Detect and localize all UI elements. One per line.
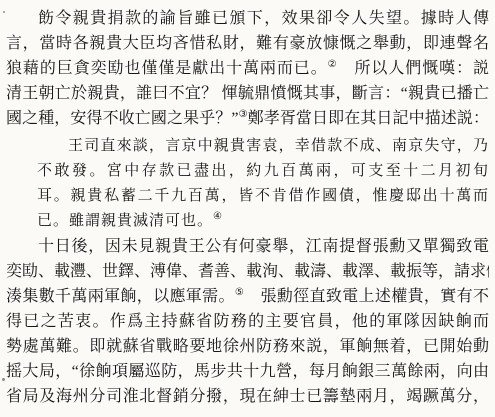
footnote-ref-3: ③ bbox=[238, 109, 247, 120]
footnote-ref-5: ⑤ bbox=[235, 287, 244, 298]
text-line: 飭令親貴捐款的諭旨雖已頒下，效果卻令人失望。據時人傳 bbox=[6, 6, 489, 31]
line-text: 國之種，安得不收亡國之果乎？” bbox=[6, 110, 238, 127]
line-text: 王司直來談，言京中親貴害袁，幸借款不成、南京失守，乃 bbox=[68, 138, 489, 154]
text-line: 摇大局，“徐餉項屬巡防，馬步共十九營，每月餉銀三萬餘兩，向由 bbox=[6, 359, 489, 384]
block-quote: 王司直來談，言京中親貴害袁，幸借款不成、南京失守，乃 不敢發。宮中存款已盡出，約… bbox=[37, 134, 489, 234]
scanned-page: 飭令親貴捐款的諭旨雖已頒下，效果卻令人失望。據時人傳 言，當時各親貴大臣均吝惜私… bbox=[0, 0, 495, 417]
line-text: 耳。親貴私蓄二千九百萬，皆不肯借作國債，惟慶邸出十萬而 bbox=[37, 188, 489, 204]
paragraph-2: 十日後，因未見親貴王公有何豪舉，江南提督張勳又單獨致電 奕劻、載灃、世鐸、溥偉、… bbox=[6, 234, 489, 409]
line-text: 不敢發。宮中存款已盡出，約九百萬兩，可支至十二月初旬 bbox=[37, 163, 489, 179]
line-text: 言，當時各親貴大臣均吝惜私財，難有豪放慷慨之舉動，即連聲名 bbox=[6, 35, 489, 52]
text-line: 耳。親貴私蓄二千九百萬，皆不肯借作國債，惟慶邸出十萬而 bbox=[37, 184, 489, 209]
scan-artifact-dot bbox=[3, 11, 5, 13]
line-text: 勢處萬難。即就蘇省戰略要地徐州防務來説，軍餉無着，已開始動 bbox=[6, 338, 489, 355]
line-text: 湊集數千萬兩軍餉，以應軍需。 bbox=[6, 288, 235, 305]
footnote-ref-2: ② bbox=[328, 59, 338, 70]
text-line: 國之種，安得不收亡國之果乎？”③鄭孝胥當日即在其日記中描述説： bbox=[6, 106, 489, 131]
text-line: 十日後，因未見親貴王公有何豪舉，江南提督張勳又單獨致電 bbox=[6, 234, 489, 259]
line-text: 已。雖謂親貴滅清可也。 bbox=[37, 213, 213, 229]
text-line: 言，當時各親貴大臣均吝惜私財，難有豪放慷慨之舉動，即連聲名 bbox=[6, 31, 489, 56]
text-line: 王司直來談，言京中親貴害袁，幸借款不成、南京失守，乃 bbox=[37, 134, 489, 159]
text-line: 已。雖謂親貴滅清可也。④ bbox=[37, 209, 489, 234]
text-line: 清王朝亡於親貴，誰曰不宜？ 惲毓鼎憤慨其事，斷言：“親貴已播亡 bbox=[6, 81, 489, 106]
line-text: 十日後，因未見親貴王公有何豪舉，江南提督張勳又單獨致電 bbox=[38, 238, 489, 255]
line-text: 摇大局，“徐餉項屬巡防，馬步共十九營，每月餉銀三萬餘兩，向由 bbox=[6, 363, 489, 380]
text-line: 省局及海州分司淮北督銷分撥，現在紳士已籌墊兩月，竭蹶萬分， bbox=[6, 384, 489, 409]
line-text: 狼藉的巨貪奕劻也僅僅是獻出十萬兩而已。 bbox=[6, 60, 328, 77]
line-text: 所以人們慨嘆：説 bbox=[338, 60, 489, 77]
text-line: 湊集數千萬兩軍餉，以應軍需。⑤ 張勳徑直致電上述權貴，實有不 bbox=[6, 284, 489, 309]
line-text: 張勳徑直致電上述權貴，實有不 bbox=[244, 288, 489, 305]
line-text: 飭令親貴捐款的諭旨雖已頒下，效果卻令人失望。據時人傳 bbox=[38, 10, 489, 27]
line-text: 奕劻、載灃、世鐸、溥偉、耆善、載洵、載濤、載澤、載振等，請求儘快 bbox=[6, 263, 489, 280]
text-line: 勢處萬難。即就蘇省戰略要地徐州防務來説，軍餉無着，已開始動 bbox=[6, 334, 489, 359]
line-text: 得已之苦衷。作爲主持蘇省防務的主要官員，他的軍隊因缺餉而 bbox=[6, 313, 489, 330]
scan-artifact-dot bbox=[2, 378, 5, 381]
text-line: 奕劻、載灃、世鐸、溥偉、耆善、載洵、載濤、載澤、載振等，請求儘快 bbox=[6, 259, 489, 284]
text-line: 不敢發。宮中存款已盡出，約九百萬兩，可支至十二月初旬 bbox=[37, 159, 489, 184]
line-text: 鄭孝胥當日即在其日記中描述説： bbox=[248, 110, 489, 127]
footnote-ref-4: ④ bbox=[213, 211, 222, 222]
line-text: 清王朝亡於親貴，誰曰不宜？ 惲毓鼎憤慨其事，斷言：“親貴已播亡 bbox=[6, 85, 489, 102]
paragraph-1: 飭令親貴捐款的諭旨雖已頒下，效果卻令人失望。據時人傳 言，當時各親貴大臣均吝惜私… bbox=[6, 6, 489, 131]
text-line: 狼藉的巨貪奕劻也僅僅是獻出十萬兩而已。② 所以人們慨嘆：説 bbox=[6, 56, 489, 81]
text-line: 得已之苦衷。作爲主持蘇省防務的主要官員，他的軍隊因缺餉而 bbox=[6, 309, 489, 334]
line-text: 省局及海州分司淮北督銷分撥，現在紳士已籌墊兩月，竭蹶萬分， bbox=[6, 388, 489, 405]
